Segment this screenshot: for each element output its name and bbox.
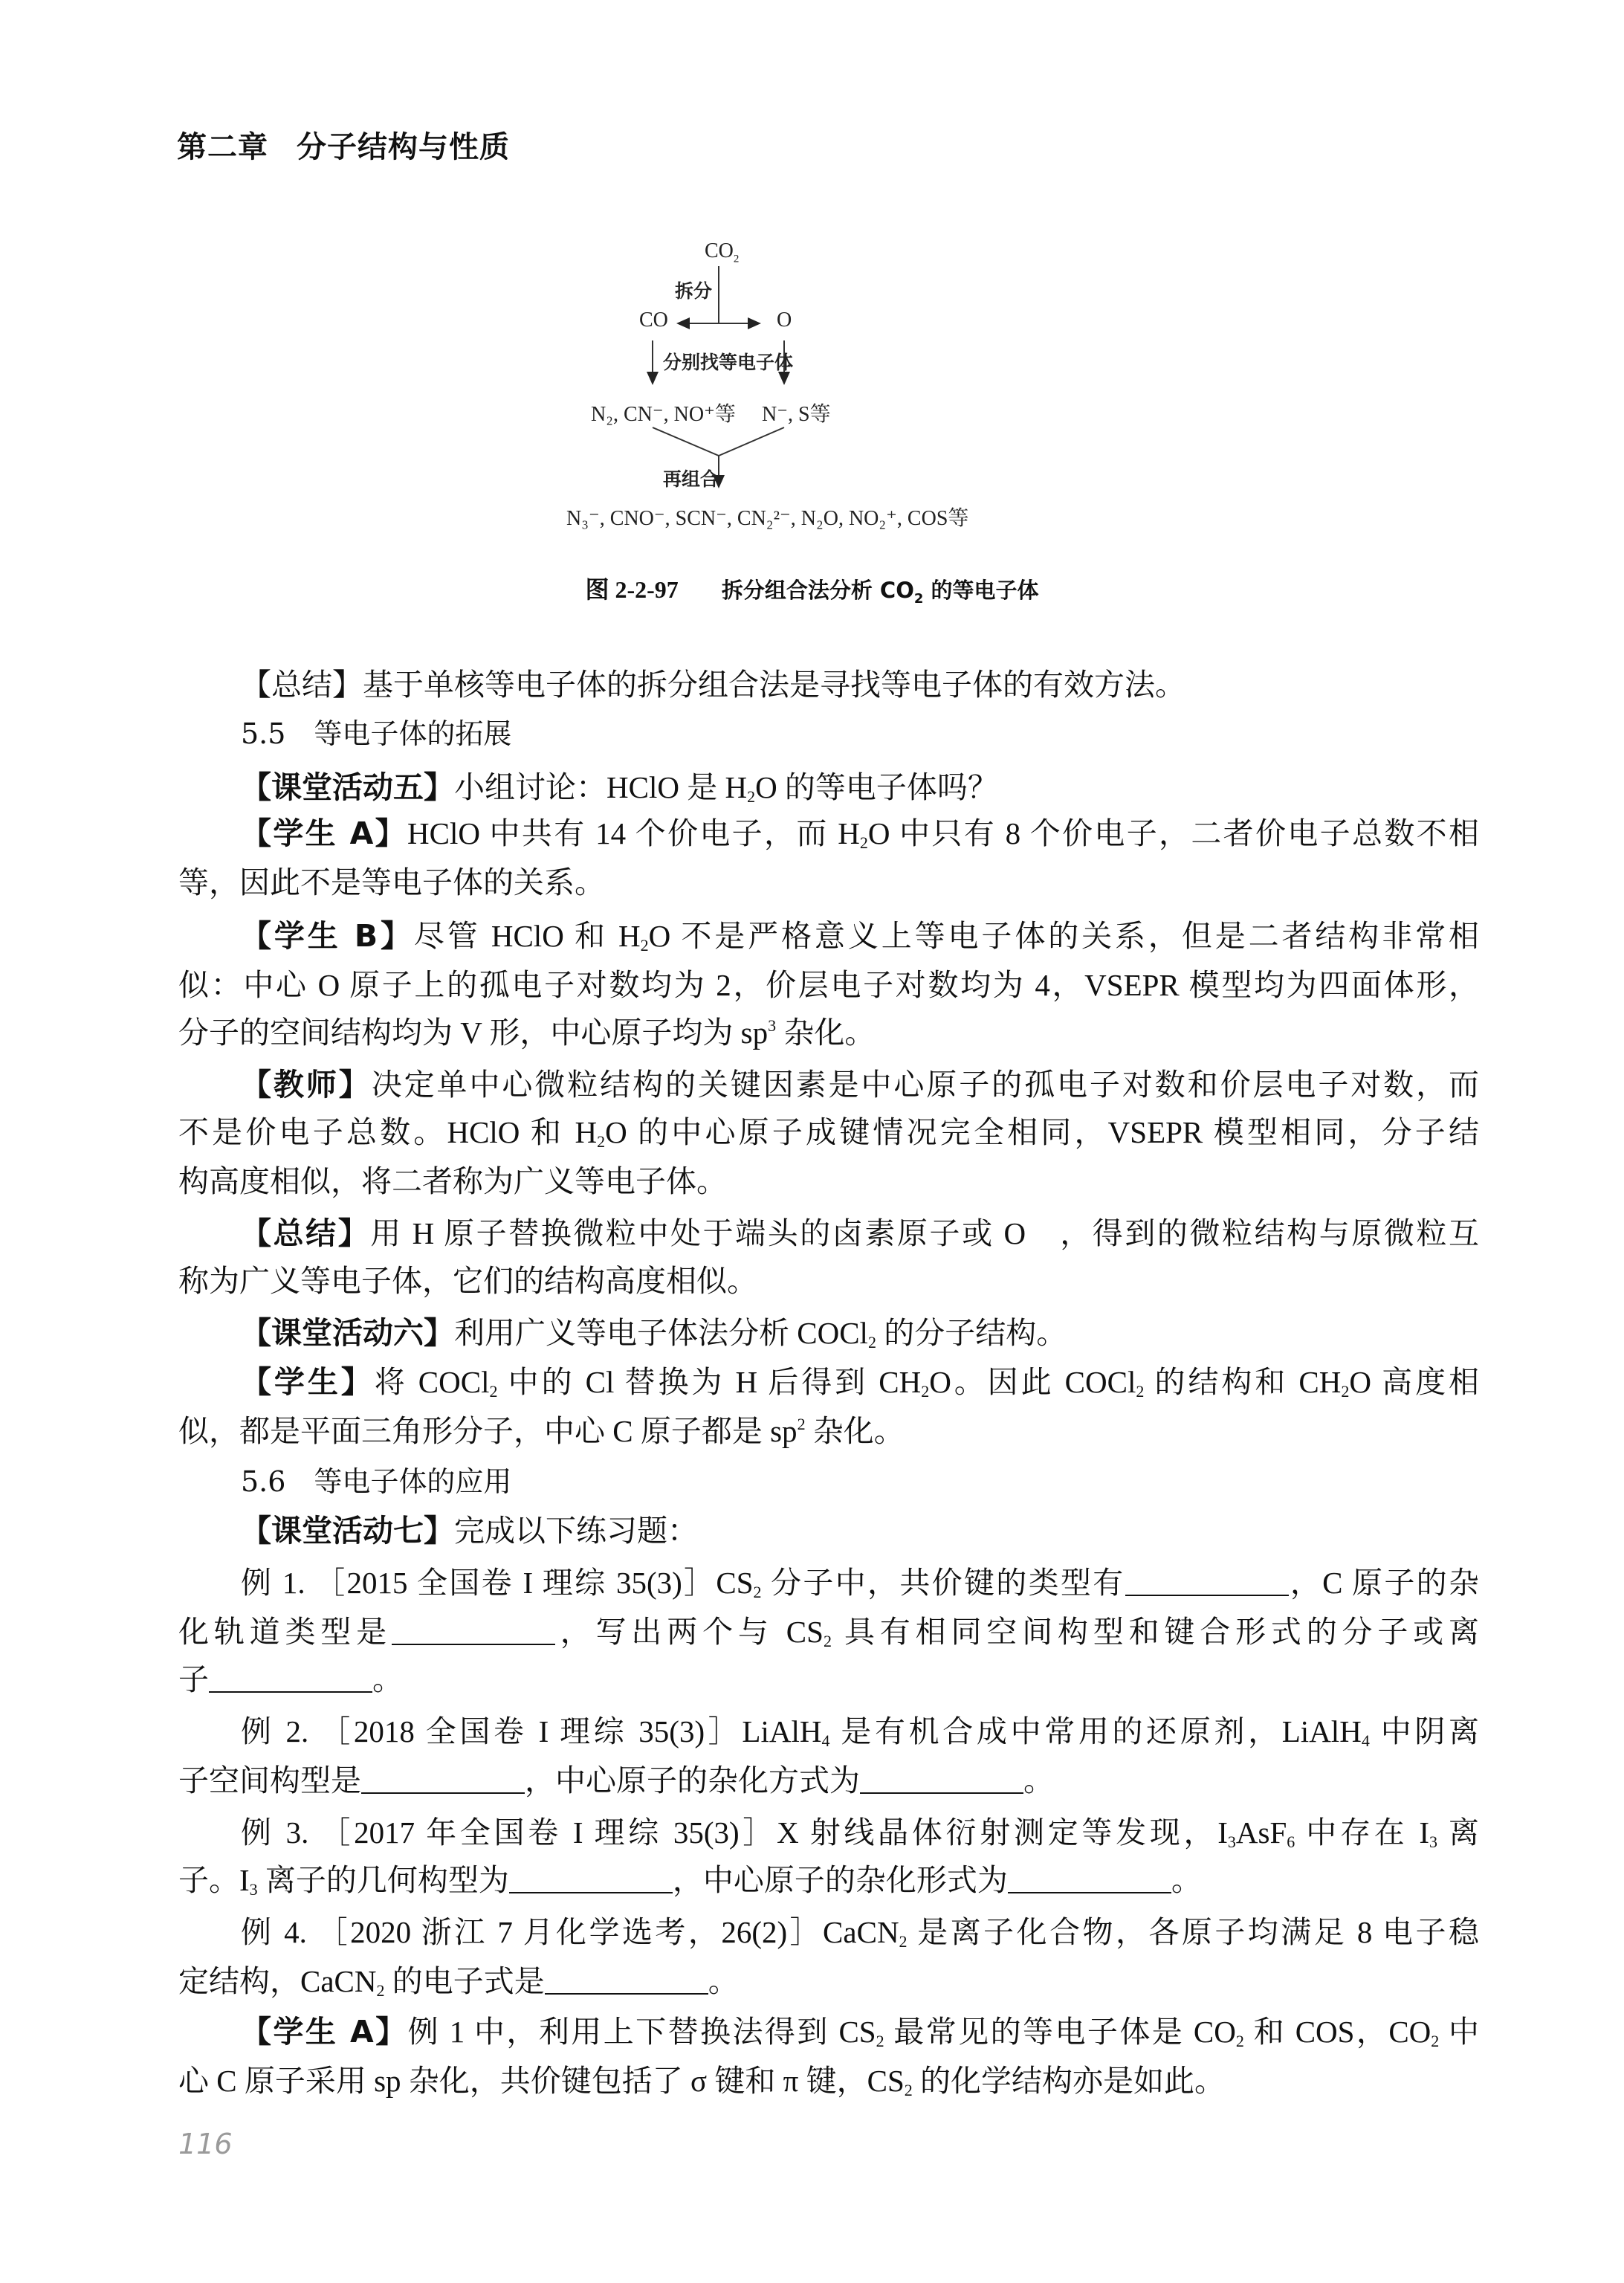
example-1-line-3: 子。 <box>178 1661 1479 1698</box>
isoelectronic-split-combine-diagram: CO2 拆分 CO O 分别找等电子体 N₂, CN⁻, NO⁺等 N⁻, S等… <box>520 208 1115 543</box>
student-line-2: 似，都是平面三角形分子，中心 C 原子都是 sp2 杂化。 <box>178 1412 1479 1450</box>
chapter-number: 第二章 <box>177 130 268 164</box>
final-result: N₃⁻, CNO⁻, SCN⁻, CN₂²⁻, N₂O, NO₂⁺, COS等 <box>566 502 968 532</box>
example-1-line-2: 化轨道类型是，写出两个与 CS2 具有相同空间构型和键合形式的分子或离 <box>178 1613 1479 1650</box>
classroom-activity-5: 【课堂活动五】小组讨论：HClO 是 H2O 的等电子体吗？ <box>178 769 1479 806</box>
answer-blank[interactable] <box>209 1664 372 1693</box>
teacher-line-3: 构高度相似，将二者称为广义等电子体。 <box>178 1163 1479 1200</box>
student-b-line-1: 【学生 B】尽管 HClO 和 H2O 不是严格意义上等电子体的关系，但是二者结… <box>178 917 1479 955</box>
label-find-isoelectronic: 分别找等电子体 <box>663 348 793 375</box>
answer-blank[interactable] <box>509 1865 673 1893</box>
answer-blank[interactable] <box>545 1966 708 1995</box>
left-result: N₂, CN⁻, NO⁺等 <box>591 398 736 427</box>
answer-blank[interactable] <box>361 1766 525 1794</box>
teacher-line-2: 不是价电子总数。HClO 和 H2O 的中心原子成键情况完全相同，VSEPR 模… <box>178 1114 1479 1151</box>
answer-blank[interactable] <box>1125 1568 1289 1596</box>
figure-number: 图 2-2-97 <box>585 576 678 603</box>
chapter-title: 分子结构与性质 <box>297 130 510 164</box>
node-co2: CO2 <box>705 239 739 266</box>
student-a-answer-line-2: 心 C 原子采用 sp 杂化，共价键包括了 σ 键和 π 键，CS2 的化学结构… <box>178 2062 1479 2099</box>
node-co: CO <box>639 309 668 332</box>
example-2-line-2: 子空间构型是，中心原子的杂化方式为。 <box>178 1762 1479 1799</box>
student-a-line-1: 【学生 A】HClO 中共有 14 个价电子，而 H2O 中只有 8 个价电子，… <box>178 815 1479 852</box>
label-split: 拆分 <box>675 277 712 303</box>
running-header: 第二章分子结构与性质 <box>177 123 510 166</box>
figure-caption: 图 2-2-97 拆分组合法分析 CO2 的等电子体 <box>0 571 1624 607</box>
example-2-line-1: 例 2. ［2018 全国卷 I 理综 35(3)］LiAlH4 是有机合成中常… <box>178 1713 1479 1750</box>
student-b-line-2: 似：中心 O 原子上的孤电子对数均为 2，价层电子对数均为 4，VSEPR 模型… <box>178 966 1479 1004</box>
example-4-line-2: 定结构，CaCN2 的电子式是。 <box>178 1963 1479 2000</box>
section-heading-5-6: 5.6 等电子体的应用 <box>178 1463 1479 1500</box>
student-b-line-3: 分子的空间结构均为 V 形，中心原子均为 sp3 杂化。 <box>178 1014 1479 1051</box>
example-4-line-1: 例 4. ［2020 浙江 7 月化学选考，26(2)］CaCN2 是离子化合物… <box>178 1914 1479 1951</box>
answer-blank[interactable] <box>392 1617 555 1645</box>
classroom-activity-7: 【课堂活动七】完成以下练习题： <box>178 1512 1479 1549</box>
paragraph-summary-1: 【总结】基于单核等电子体的拆分组合法是寻找等电子体的有效方法。 <box>178 666 1479 703</box>
node-o: O <box>777 309 792 332</box>
teacher-line-1: 【教师】决定单中心微粒结构的关键因素是中心原子的孤电子对数和价层电子对数，而 <box>178 1066 1479 1103</box>
example-1-line-1: 例 1. ［2015 全国卷 I 理综 35(3)］CS2 分子中，共价键的类型… <box>178 1564 1479 1601</box>
diagram-arrows <box>520 208 1115 543</box>
right-result: N⁻, S等 <box>762 398 831 427</box>
classroom-activity-6: 【课堂活动六】利用广义等电子体法分析 COCl2 的分子结构。 <box>178 1314 1479 1352</box>
summary-2-line-1: 【总结】用 H 原子替换微粒中处于端头的卤素原子或 O ，得到的微粒结构与原微粒… <box>178 1215 1479 1252</box>
answer-blank[interactable] <box>1008 1865 1171 1893</box>
example-3-line-2: 子。I3 离子的几何构型为，中心原子的杂化形式为。 <box>178 1861 1479 1899</box>
student-a-line-2: 等，因此不是等电子体的关系。 <box>178 864 1479 901</box>
section-heading-5-5: 5.5 等电子体的拓展 <box>178 715 1479 752</box>
student-line-1: 【学生】将 COCl2 中的 Cl 替换为 H 后得到 CH2O。因此 COCl… <box>178 1363 1479 1401</box>
student-a-answer-line-1: 【学生 A】例 1 中，利用上下替换法得到 CS2 最常见的等电子体是 CO2 … <box>178 2013 1479 2050</box>
example-3-line-1: 例 3. ［2017 年全国卷 I 理综 35(3)］X 射线晶体衍射测定等发现… <box>178 1814 1479 1851</box>
page-number: 116 <box>178 2128 233 2160</box>
answer-blank[interactable] <box>860 1766 1023 1794</box>
label-recombine: 再组合 <box>663 465 719 491</box>
summary-2-line-2: 称为广义等电子体，它们的结构高度相似。 <box>178 1262 1479 1299</box>
